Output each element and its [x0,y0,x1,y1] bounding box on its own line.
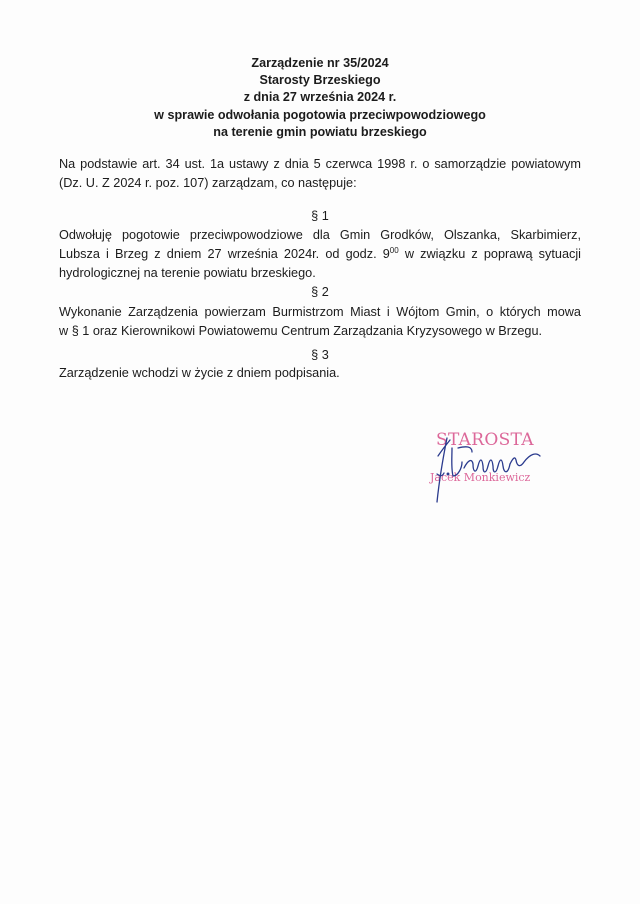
section-1-line-3: hydrologicznej na terenie powiatu brzesk… [59,264,581,283]
section-1-line-2-text: Lubsza i Brzeg z dniem 27 września 2024r… [59,247,390,261]
official-stamp: STAROSTA Jacek Monkiewicz [420,428,560,498]
handwritten-signature-icon [420,428,560,503]
section-1-mark: § 1 [0,207,640,226]
section-2-paragraph: Wykonanie Zarządzenia powierzam Burmistr… [59,303,581,341]
section-3-line-1: Zarządzenie wchodzi w życie z dniem podp… [59,364,581,383]
legal-basis-line-1: Na podstawie art. 34 ust. 1a ustawy z dn… [59,155,581,174]
section-2-line-2: w § 1 oraz Kierownikowi Powiatowemu Cent… [59,322,581,341]
section-3-mark: § 3 [0,346,640,365]
section-2-line-1: Wykonanie Zarządzenia powierzam Burmistr… [59,303,581,322]
section-1-line-2-text-end: w związku z poprawą sytuacji [399,247,581,261]
legal-basis-line-2: (Dz. U. Z 2024 r. poz. 107) zarządzam, c… [59,174,581,193]
order-subject-cont: na terenie gmin powiatu brzeskiego [0,124,640,141]
section-1-line-2: Lubsza i Brzeg z dniem 27 września 2024r… [59,245,581,264]
section-3-paragraph: Zarządzenie wchodzi w życie z dniem podp… [59,364,581,383]
legal-basis-paragraph: Na podstawie art. 34 ust. 1a ustawy z dn… [59,155,581,193]
hour-superscript: 00 [390,246,399,255]
order-subject: w sprawie odwołania pogotowia przeciwpow… [0,107,640,124]
issuer: Starosty Brzeskiego [0,72,640,89]
order-date: z dnia 27 września 2024 r. [0,89,640,106]
section-1-line-1: Odwołuję pogotowie przeciwpowodziowe dla… [59,226,581,245]
document-page: Zarządzenie nr 35/2024 Starosty Brzeskie… [0,0,640,904]
document-header: Zarządzenie nr 35/2024 Starosty Brzeskie… [0,55,640,141]
section-1-paragraph: Odwołuję pogotowie przeciwpowodziowe dla… [59,226,581,283]
order-number: Zarządzenie nr 35/2024 [0,55,640,72]
section-2-mark: § 2 [0,283,640,302]
